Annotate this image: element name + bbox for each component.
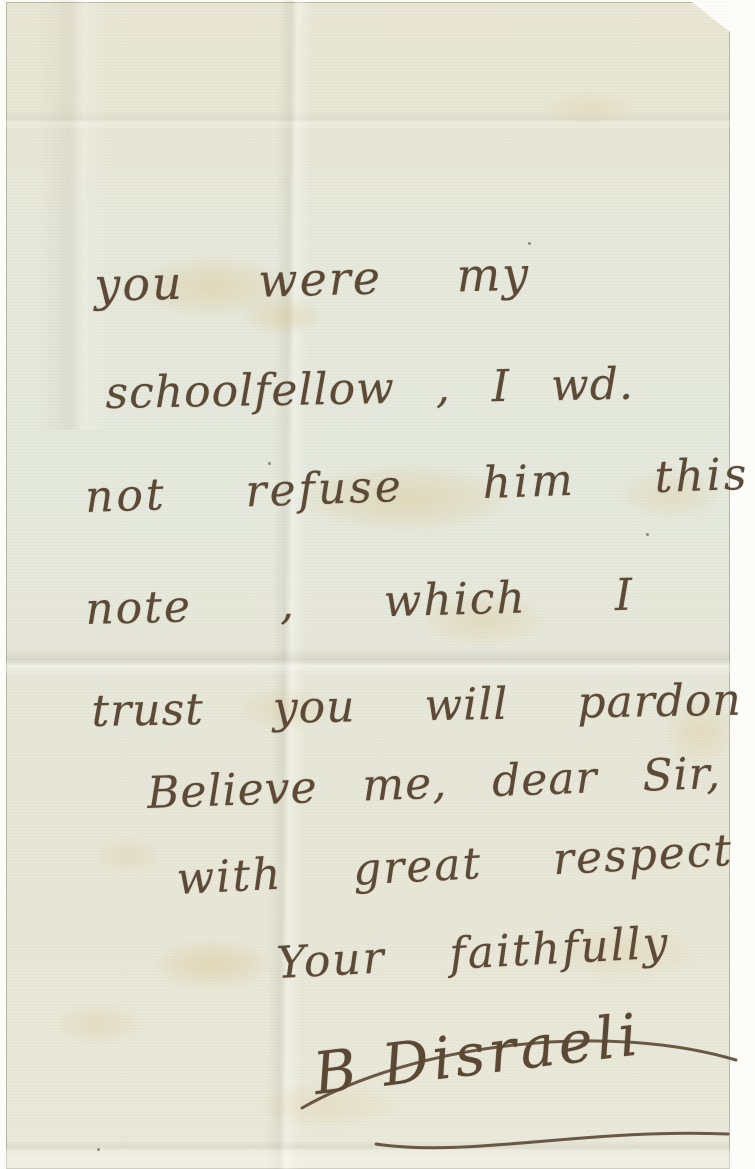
handwriting-line-2: schoolfellow , I wd. (105, 359, 634, 419)
letter-scan: you were my schoolfellow , I wd. not ref… (0, 0, 755, 1169)
handwriting-line-1: you were my (94, 247, 531, 312)
